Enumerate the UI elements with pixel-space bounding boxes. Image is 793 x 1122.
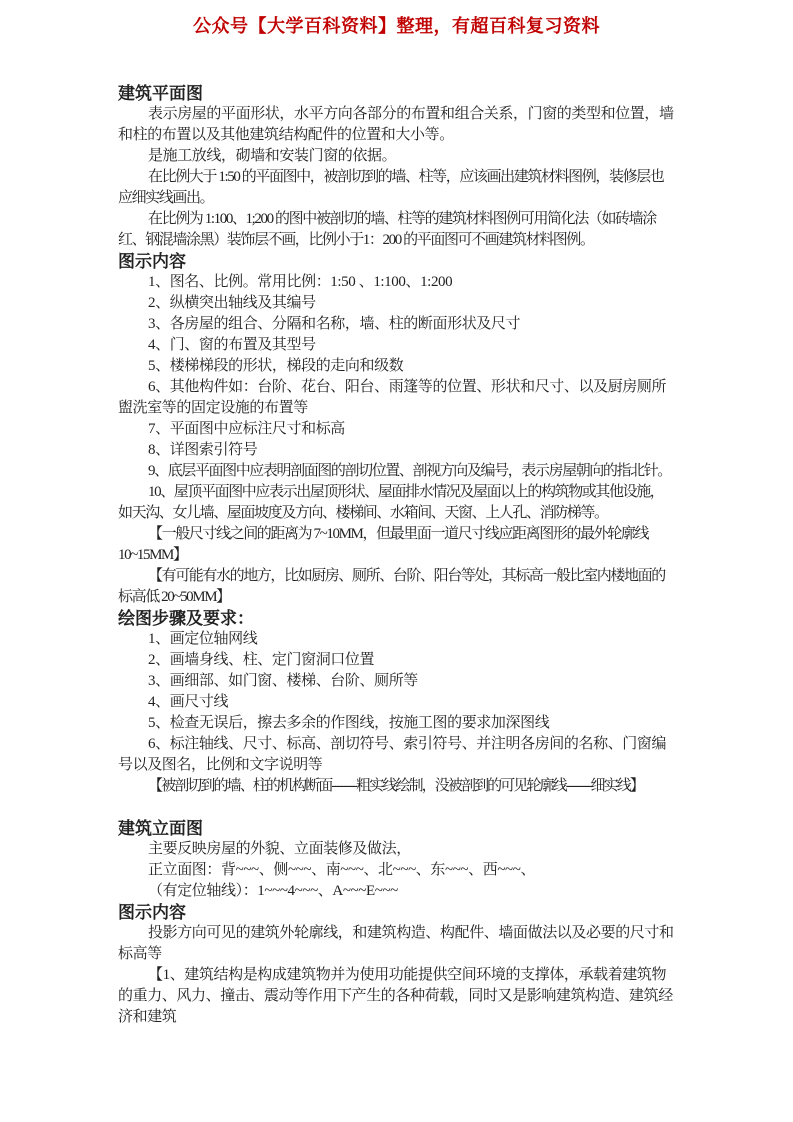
list-item: 9、底层平面图中应表明剖面图的剖切位置、剖视方向及编号，表示房屋朝向的指北针。 — [118, 461, 675, 482]
paragraph: 主要反映房屋的外貌、立面装修及做法， — [118, 839, 675, 860]
bracket-note: 【一般尺寸线之间的距离为 7~10MM，但最里面一道尺寸线应距离图形的最外轮廓线… — [118, 524, 675, 566]
list-item: 1、图名、比例。常用比例：1:50 、1:100、1:200 — [118, 272, 675, 293]
document-page: 公众号【大学百科资料】整理，有超百科复习资料 建筑平面图 表示房屋的平面形状，水… — [0, 0, 793, 1122]
doc-title: 公众号【大学百科资料】整理，有超百科复习资料 — [0, 0, 793, 38]
paragraph: 在比例大于 1:50 的平面图中，被剖切到的墙、柱等，应该画出建筑材料图例，装修… — [118, 167, 675, 209]
document-body: 建筑平面图 表示房屋的平面形状，水平方向各部分的布置和组合关系，门窗的类型和位置… — [118, 83, 675, 1028]
list-item: 4、画尺寸线 — [118, 692, 675, 713]
list-item: 5、楼梯梯段的形状，梯段的走向和级数 — [118, 356, 675, 377]
list-item: 1、画定位轴网线 — [118, 629, 675, 650]
bracket-note: 【有可能有水的地方，比如厨房、厕所、台阶、阳台等处，其标高一般比室内楼地面的标高… — [118, 566, 675, 608]
list-item: 5、检查无误后，擦去多余的作图线，按施工图的要求加深图线 — [118, 713, 675, 734]
paragraph: 表示房屋的平面形状，水平方向各部分的布置和组合关系，门窗的类型和位置，墙和柱的布… — [118, 104, 675, 146]
section-heading: 绘图步骤及要求： — [118, 608, 675, 629]
section-heading: 图示内容 — [118, 251, 675, 272]
list-item: 3、各房屋的组合、分隔和名称，墙、柱的断面形状及尺寸 — [118, 314, 675, 335]
bracket-note: 【被剖切到的墙、柱的机构断面--------粗实线绘制，没被剖到的可见轮廓线--… — [118, 776, 675, 797]
list-item: 3、画细部、如门窗、楼梯、台阶、厕所等 — [118, 671, 675, 692]
paragraph: 【1、建筑结构是构成建筑物并为使用功能提供空间环境的支撑体，承载着建筑物的重力、… — [118, 965, 675, 1028]
paragraph: 正立面图：背~~~、侧~~~、南~~~、北~~~、东~~~、西~~~、 — [118, 860, 675, 881]
paragraph: 在比例为 1:100、1;200 的图中被剖切的墙、柱等的建筑材料图例可用简化法… — [118, 209, 675, 251]
paragraph: 投影方向可见的建筑外轮廓线，和建筑构造、构配件、墙面做法以及必要的尺寸和标高等 — [118, 923, 675, 965]
paragraph: 是施工放线，砌墙和安装门窗的依据。 — [118, 146, 675, 167]
list-item: 10、屋顶平面图中应表示出屋顶形状、屋面排水情况及屋面以上的构筑物或其他设施，如… — [118, 482, 675, 524]
section-heading: 建筑平面图 — [118, 83, 675, 104]
list-item: 7、平面图中应标注尺寸和标高 — [118, 419, 675, 440]
list-item: 2、纵横突出轴线及其编号 — [118, 293, 675, 314]
section-heading: 图示内容 — [118, 902, 675, 923]
list-item: 8、详图索引符号 — [118, 440, 675, 461]
paragraph: （有定位轴线）：1~~~4~~~、A~~~E~~~ — [118, 881, 675, 902]
list-item: 6、其他构件如：台阶、花台、阳台、雨篷等的位置、形状和尺寸、以及厨房厕所盥洗室等… — [118, 377, 675, 419]
section-heading: 建筑立面图 — [118, 818, 675, 839]
list-item: 4、门、窗的布置及其型号 — [118, 335, 675, 356]
list-item: 2、画墙身线、柱、定门窗洞口位置 — [118, 650, 675, 671]
list-item: 6、标注轴线、尺寸、标高、剖切符号、索引符号、并注明各房间的名称、门窗编号以及图… — [118, 734, 675, 776]
